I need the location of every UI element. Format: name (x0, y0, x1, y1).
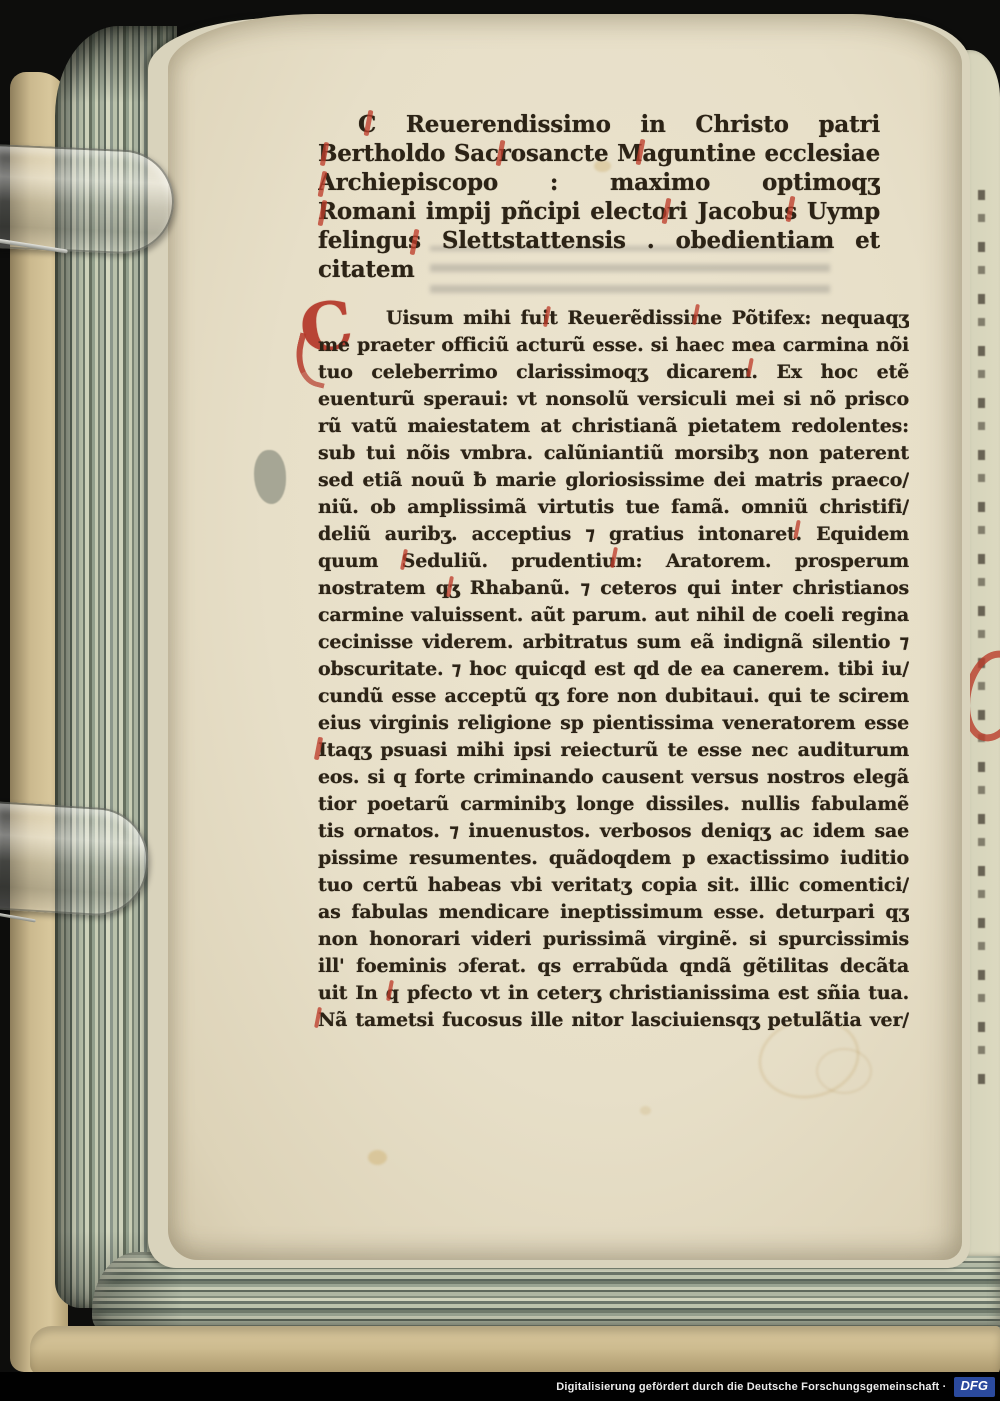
body-line: eos. si q forte criminando causent versu… (318, 764, 909, 791)
body-line: carmine valuissent. aũt parum. aut nihil… (318, 602, 909, 629)
body-line: as fabulas mendicare ineptissimum esse. … (318, 899, 909, 926)
body-line: tis ornatos. ⁊ inuenustos. verbosos deni… (318, 818, 909, 845)
body-line: ill' foeminis ɔferat. qs errabũda qndã g… (318, 953, 909, 980)
dedication-heading: C Reuerendissimo in Christo patri Domino… (318, 110, 880, 284)
heading-line: citatem (318, 255, 880, 284)
body-line: tuo certũ habeas vbi veritatʒ copia sit.… (318, 872, 909, 899)
body-line: rũ vatũ maiestatem at christianã pietate… (318, 413, 909, 440)
body-line: cecinisse viderem. arbitratus sum eã ind… (318, 629, 909, 656)
dfg-logo: DFG (954, 1377, 995, 1397)
body-line: pissime resumentes. quãdoqdem p exactiss… (318, 845, 909, 872)
body-line: Uisum mihi fuit Reuerẽdissime Põtifex: n… (318, 305, 909, 332)
ring-stain (816, 1048, 872, 1094)
heading-line: Romani impij pñcipi electori Jacobus Uym… (318, 197, 880, 226)
paper-stain (368, 1150, 387, 1165)
body-line: me praeter officiũ acturũ esse. si haec … (318, 332, 909, 359)
digitized-book-photo: C Reuerendissimo in Christo patri Domino… (0, 0, 1000, 1401)
heading-line: Bertholdo Sacrosancte Maguntine ecclesia… (318, 139, 880, 168)
credit-text: Digitalisierung gefördert durch die Deut… (556, 1381, 946, 1393)
body-line: uit In q pfecto vt in ceterʒ christianis… (318, 980, 909, 1007)
body-line: non honorari videri purissimã virginẽ. s… (318, 926, 909, 953)
body-line: Itaqʒ psuasi mihi ipsi reiecturũ te esse… (318, 737, 909, 764)
page-holder-clip-bottom (0, 801, 151, 918)
body-line: nostratem qʒ Rhabanũ. ⁊ ceteros qui inte… (318, 575, 909, 602)
book-cover-bottom-edge (30, 1326, 1000, 1376)
paper-stain (640, 1106, 651, 1115)
heading-line: C Reuerendissimo in Christo patri Domino (318, 110, 880, 139)
body-line: sed etiã nouũ ƀ marie gloriosissime dei … (318, 467, 909, 494)
body-line: sub tui nõis vmbra. calũniantiũ morsibʒ … (318, 440, 909, 467)
gray-blotch-stain (254, 450, 286, 504)
body-line: cundũ esse acceptũ qʒ fore non dubitaui.… (318, 683, 909, 710)
body-line: euenturũ speraui: vt nonsolũ versiculi m… (318, 386, 909, 413)
body-line: tior poetarũ carminibʒ longe dissiles. n… (318, 791, 909, 818)
body-line: tuo celeberrimo clarissimoqʒ dicarem. Ex… (318, 359, 909, 386)
heading-line: Archiepiscopo : maximo optimoqʒ sacrosan… (318, 168, 880, 197)
body-line: niũ. ob amplissimã virtutis tue famã. om… (318, 494, 909, 521)
body-line: obscuritate. ⁊ hoc quicqd est qd de ea c… (318, 656, 909, 683)
body-line: Nã tametsi fucosus ille nitor lasciuiens… (318, 1007, 909, 1034)
dedication-body: Uisum mihi fuit Reuerẽdissime Põtifex: n… (318, 305, 909, 1034)
body-line: eius virginis religione sp pientissima v… (318, 710, 909, 737)
heading-line: felingus Slettstattensis . obedientiam e… (318, 226, 880, 255)
body-line: deliũ auribʒ. acceptius ⁊ gratius intona… (318, 521, 909, 548)
page-holder-clip-top (0, 144, 176, 256)
digitization-credit-banner: Digitalisierung gefördert durch die Deut… (0, 1372, 1000, 1401)
next-leaf-text-fragments (978, 190, 985, 1090)
